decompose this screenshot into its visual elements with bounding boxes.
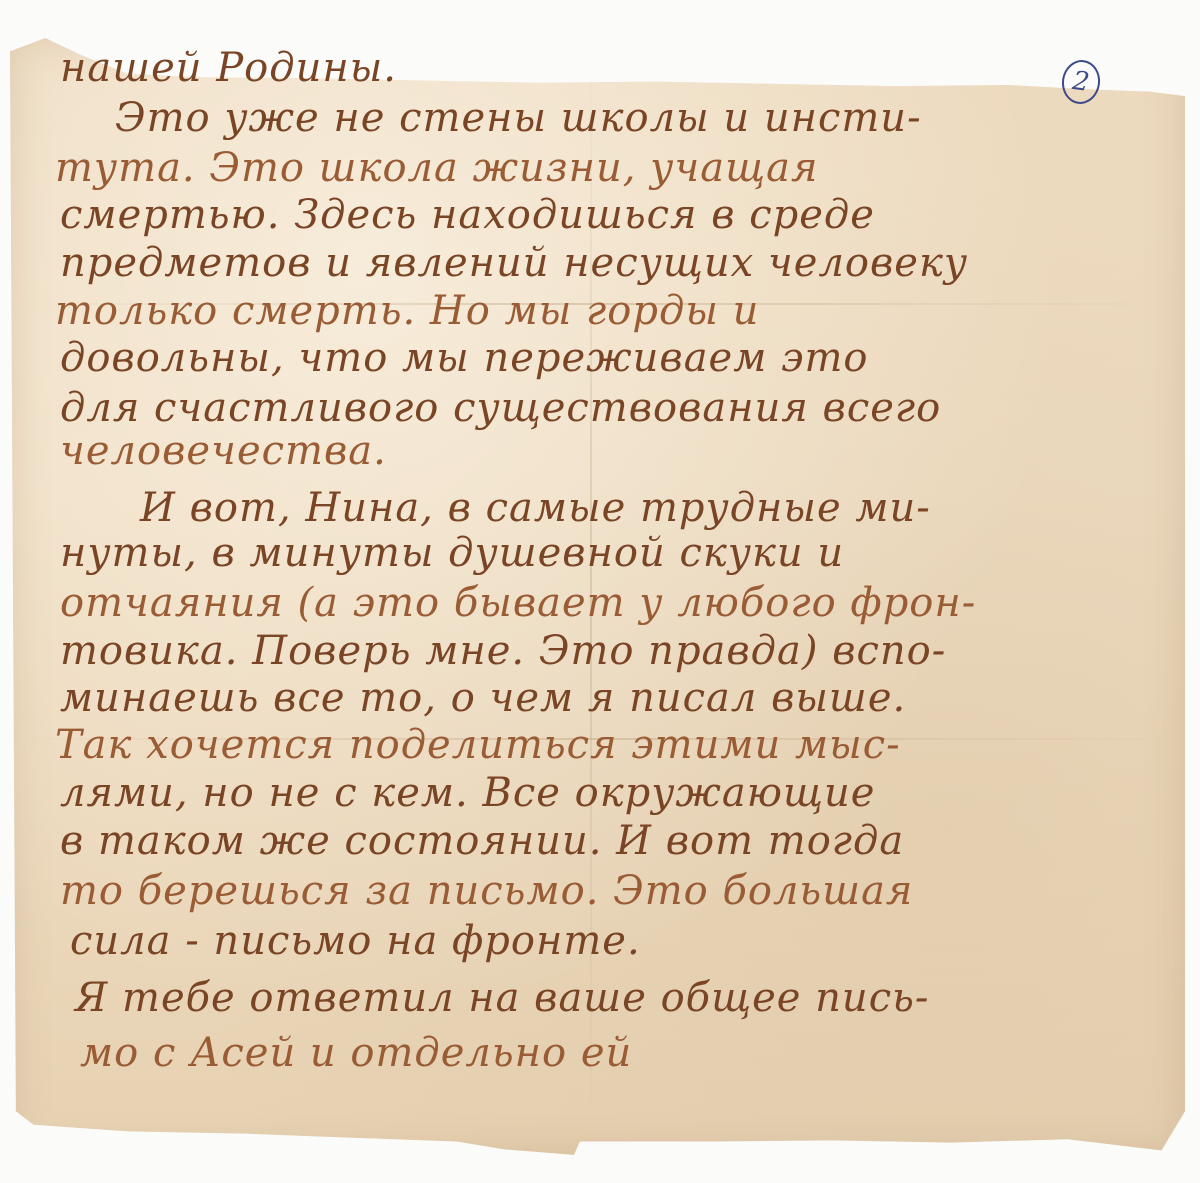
letter-line: нуты, в минуты душевной скуки и xyxy=(60,530,844,576)
letter-line: нашей Родины. xyxy=(60,45,397,91)
letter-line: предметов и явлений несущих человеку xyxy=(60,240,968,286)
letter-line: то берешься за письмо. Это большая xyxy=(60,868,913,914)
letter-line: довольны, что мы переживаем это xyxy=(60,335,869,381)
letter-line: лями, но не с кем. Все окружающие xyxy=(60,770,875,816)
letter-line: сила - письмо на фронте. xyxy=(70,918,641,964)
letter-line: человечества. xyxy=(60,428,387,474)
letter-line: в таком же состоянии. И вот тогда xyxy=(60,818,904,864)
letter-line: смертью. Здесь находишься в среде xyxy=(60,192,875,238)
letter-line: Я тебе ответил на ваше общее пись- xyxy=(75,975,929,1021)
letter-line: мо с Асей и отдельно ей xyxy=(80,1030,632,1076)
letter-line: для счастливого существования всего xyxy=(60,385,941,431)
letter-line: тута. Это школа жизни, учащая xyxy=(55,145,818,191)
letter-line: Так хочется поделиться этими мыс- xyxy=(55,722,901,768)
letter-line: Это уже не стены школы и инсти- xyxy=(115,95,922,141)
letter-line: только смерть. Но мы горды и xyxy=(55,288,759,334)
letter-line: И вот, Нина, в самые трудные ми- xyxy=(140,485,931,531)
letter-line: отчаяния (а это бывает у любого фрон- xyxy=(60,580,976,626)
letter-line: минаешь все то, о чем я писал выше. xyxy=(60,675,906,721)
letter-line: товика. Поверь мне. Это правда) вспо- xyxy=(60,628,946,674)
